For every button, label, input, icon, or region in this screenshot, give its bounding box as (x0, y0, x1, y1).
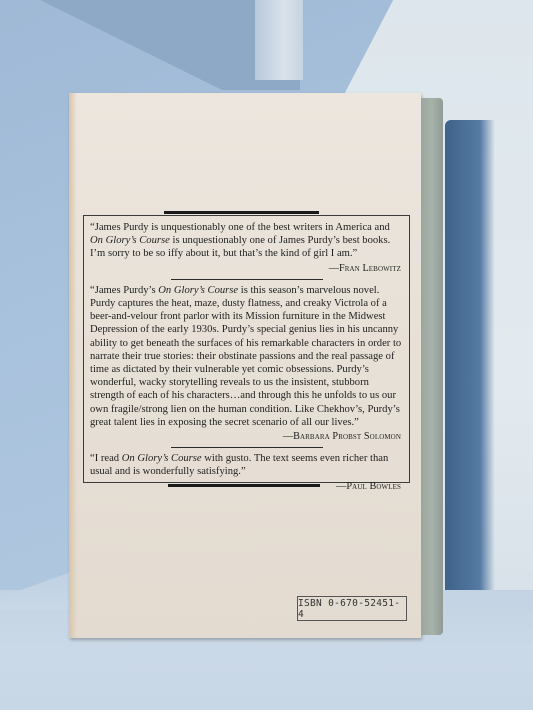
blurb-box: “James Purdy is unquestionably one of th… (83, 215, 410, 483)
blurb-quote-3: “I read On Glory’s Course with gusto. Th… (90, 452, 403, 478)
book-edge (69, 93, 77, 638)
quote-text: “James Purdy’s (90, 285, 158, 296)
quote-text: “James Purdy is unquestionably one of th… (90, 222, 390, 233)
blurb-attribution-2: —Barbara Probst Solomon (90, 430, 401, 443)
blurb-attribution-1: —Fran Lebowitz (90, 262, 401, 275)
blurb-quote-1: “James Purdy is unquestionably one of th… (90, 221, 403, 261)
quote-text: “I read (90, 453, 122, 464)
book-shadow (445, 120, 495, 610)
divider (171, 279, 323, 280)
quote-text: is this season’s marvelous novel. Purdy … (90, 285, 401, 428)
book-title-italic: On Glory’s Course (122, 453, 202, 464)
wall-corner (255, 0, 303, 80)
divider (171, 447, 323, 448)
book-spine (421, 98, 443, 635)
book-title-italic: On Glory’s Course (90, 235, 170, 246)
bottom-rule (168, 484, 320, 487)
blurb-quote-2: “James Purdy’s On Glory’s Course is this… (90, 284, 403, 429)
isbn-label: ISBN 0-670-52451-4 (297, 596, 407, 621)
book-title-italic: On Glory’s Course (158, 285, 238, 296)
top-rule (164, 211, 319, 214)
